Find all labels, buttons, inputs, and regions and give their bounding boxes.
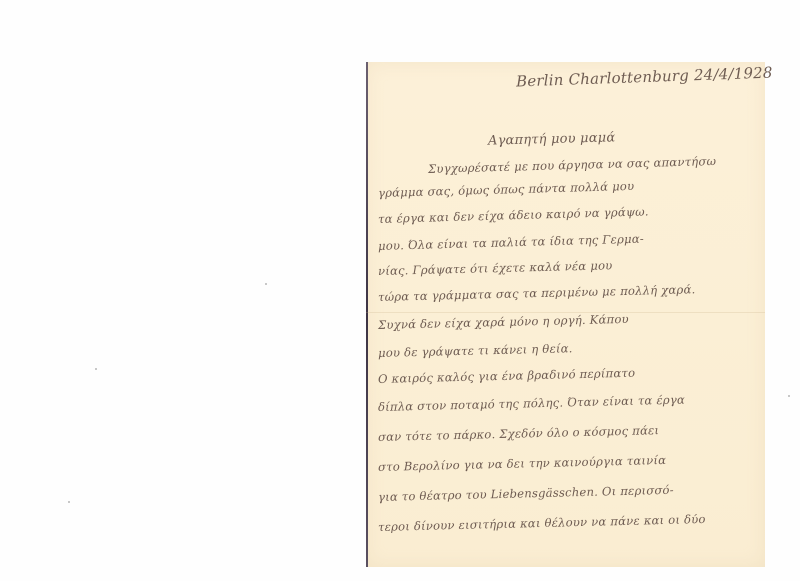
scan-speck — [68, 501, 70, 503]
letter-line: μου. Όλα είναι τα παλιά τα ίδια της Γερμ… — [378, 232, 644, 253]
letter-line: σαν τότε το πάρκο. Σχεδόν όλο ο κόσμος π… — [378, 423, 660, 444]
letter-line: τώρα τα γράμματα σας τα περιμένω με πολλ… — [378, 282, 696, 304]
letter-line: Συχνά δεν είχα χαρά μόνο η οργή. Κάπου — [378, 312, 629, 332]
page-edge-shadow — [366, 62, 368, 567]
scan-speck — [788, 395, 790, 397]
letter-salutation: Αγαπητή μου μαμά — [488, 130, 616, 148]
letter-line: Ο καιρός καλός για ένα βραδινό περίπατο — [378, 366, 636, 386]
scan-speck — [95, 368, 97, 370]
letter-line: μου δε γράψατε τι κάνει η θεία. — [378, 341, 573, 360]
letter-line: τεροι δίνουν εισιτήρια και θέλουν να πάν… — [378, 512, 706, 534]
letter-line: δίπλα στον ποταμό της πόλης. Όταν είναι … — [378, 392, 685, 413]
letter-line: νίας. Γράψατε ότι έχετε καλά νέα μου — [378, 258, 613, 278]
letter-page: Berlin Charlottenburg 24/4/1928 Αγαπητή … — [366, 62, 765, 567]
letter-line: Συγχωρέσατέ με που άργησα να σας απαντήσ… — [428, 154, 716, 176]
letter-line: τα έργα και δεν είχα άδειο καιρό να γράψ… — [378, 204, 649, 226]
letter-line: για το θέατρο του Liebensgässchen. Οι πε… — [378, 483, 674, 504]
letter-dateline: Berlin Charlottenburg 24/4/1928 — [516, 64, 773, 91]
letter-line: γράμμα σας, όμως όπως πάντα πολλά μου — [378, 179, 635, 200]
letter-line: στο Βερολίνο για να δει την καινούργια τ… — [378, 453, 667, 474]
scan-speck — [265, 283, 267, 285]
scan-background: Berlin Charlottenburg 24/4/1928 Αγαπητή … — [0, 0, 800, 581]
